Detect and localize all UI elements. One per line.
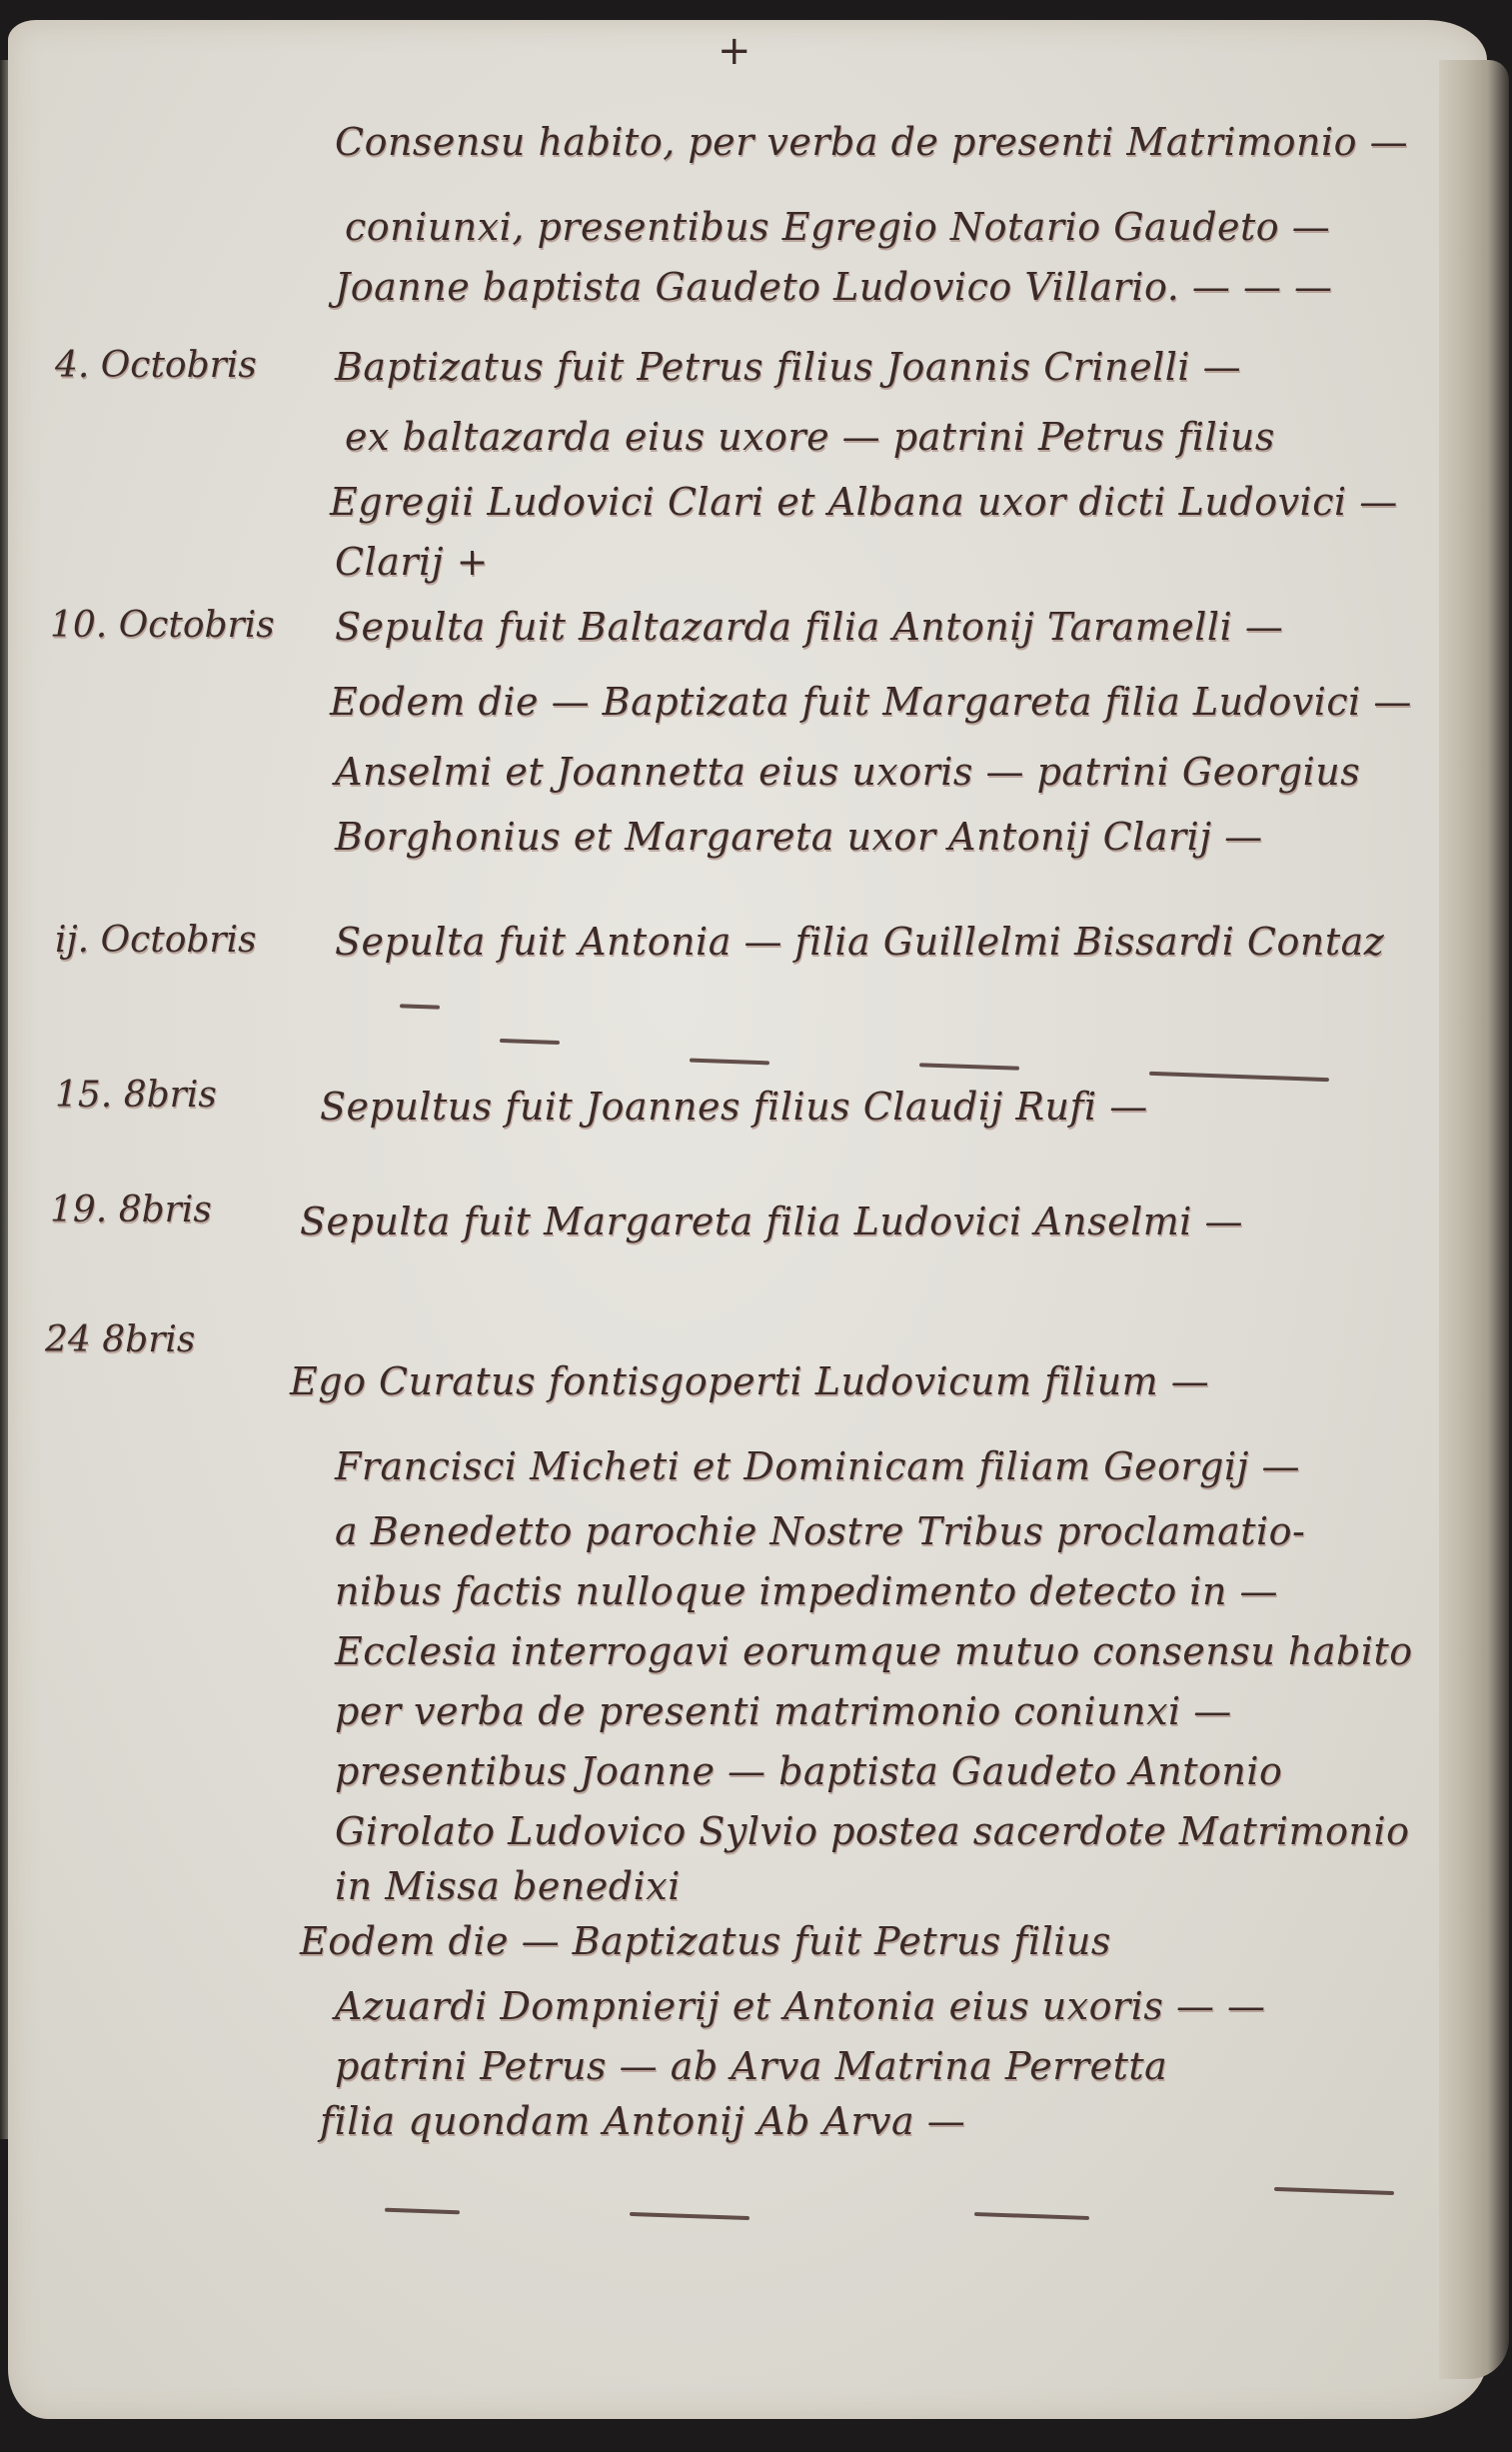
- entry-line: Ego Curatus fontisgoperti Ludovicum fili…: [290, 1359, 1209, 1403]
- entry-line: Francisci Micheti et Dominicam filiam Ge…: [335, 1444, 1300, 1488]
- entry-line: Clarij +: [335, 540, 489, 584]
- entry-date: 10. Octobris: [50, 605, 275, 646]
- entry-line: per verba de presenti matrimonio coniunx…: [335, 1689, 1232, 1733]
- continuation-line: Consensu habito, per verba de presenti M…: [335, 120, 1408, 164]
- entry-line: Sepultus fuit Joannes filius Claudij Ruf…: [320, 1085, 1148, 1129]
- continuation-line: coniunxi, presentibus Egregio Notario Ga…: [345, 205, 1330, 249]
- entry-line: Anselmi et Joannetta eius uxoris — patri…: [335, 750, 1360, 794]
- entry-line: Eodem die — Baptizatus fuit Petrus filiu…: [300, 1919, 1111, 1963]
- entry-line: in Missa benedixi: [335, 1864, 681, 1908]
- entry-line: Ecclesia interrogavi eorumque mutuo cons…: [335, 1629, 1413, 1673]
- entry-line: a Benedetto parochie Nostre Tribus procl…: [335, 1509, 1305, 1553]
- entry-line: presentibus Joanne — baptista Gaudeto An…: [335, 1749, 1282, 1793]
- cross-mark: +: [718, 28, 752, 74]
- page-stack-edge: [1439, 60, 1509, 2379]
- entry-line: filia quondam Antonij Ab Arva —: [320, 2099, 965, 2143]
- entry-line: nibus factis nulloque impedimento detect…: [335, 1569, 1278, 1613]
- entry-line: Sepulta fuit Baltazarda filia Antonij Ta…: [335, 605, 1283, 649]
- entry-line: Borghonius et Margareta uxor Antonij Cla…: [335, 815, 1263, 859]
- entry-date: 15. 8bris: [55, 1075, 217, 1116]
- entry-line: Azuardi Dompnierij et Antonia eius uxori…: [335, 1984, 1266, 2028]
- entry-line: Sepulta fuit Antonia — filia Guillelmi B…: [335, 920, 1384, 964]
- continuation-line: Joanne baptista Gaudeto Ludovico Villari…: [335, 265, 1333, 309]
- entry-line: ex baltazarda eius uxore — patrini Petru…: [345, 415, 1275, 459]
- entry-line: Girolato Ludovico Sylvio postea sacerdot…: [335, 1809, 1410, 1853]
- entry-line: Eodem die — Baptizata fuit Margareta fil…: [330, 680, 1412, 724]
- entry-date: 24 8bris: [45, 1319, 195, 1360]
- entry-date: ij. Octobris: [55, 920, 257, 961]
- entry-line: Egregii Ludovici Clari et Albana uxor di…: [330, 480, 1398, 524]
- entry-date: 4. Octobris: [55, 345, 257, 386]
- entry-line: Baptizatus fuit Petrus filius Joannis Cr…: [335, 345, 1241, 389]
- manuscript-scan: + Consensu habito, per verba de presenti…: [0, 0, 1512, 2452]
- entry-date: 19. 8bris: [50, 1190, 212, 1230]
- entry-line: Sepulta fuit Margareta filia Ludovici An…: [300, 1200, 1243, 1243]
- entry-line: patrini Petrus — ab Arva Matrina Perrett…: [335, 2044, 1167, 2088]
